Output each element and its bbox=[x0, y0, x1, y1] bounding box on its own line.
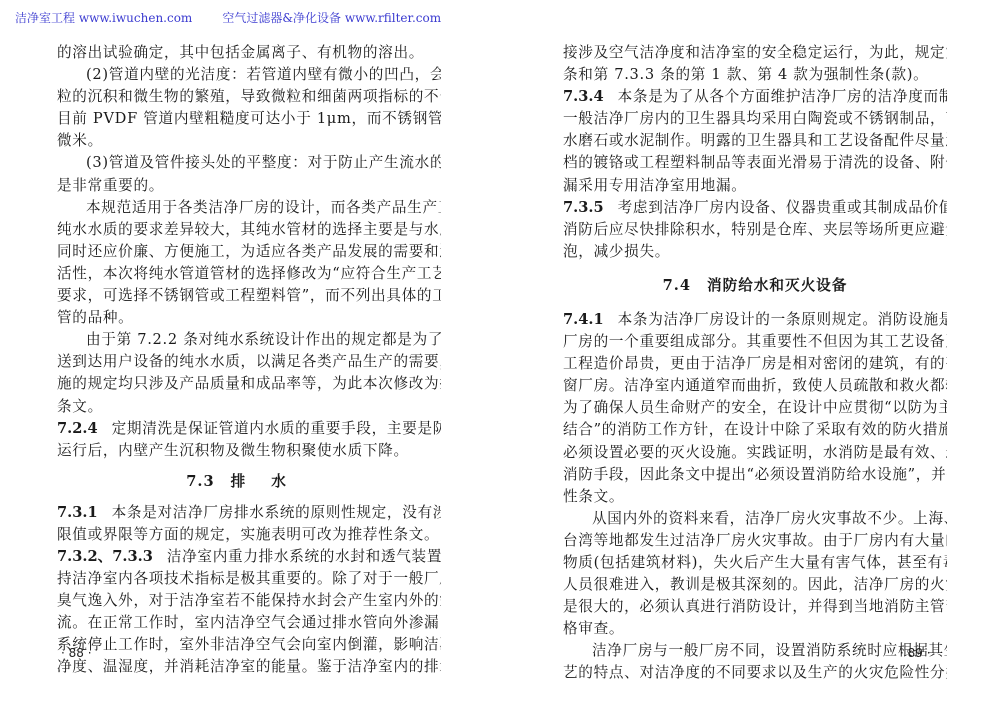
line-text: 洁净厂房与一般厂房不同，设置消防系统时应根据其生产工 bbox=[592, 642, 947, 659]
line-text: 从国内外的资料来看，洁净厂房火灾事故不少。上海、沈阳及 bbox=[592, 510, 947, 527]
line-text: 是很大的，必须认真进行消防设计，并得到当地消防主管部门的严 bbox=[563, 598, 947, 615]
text-line: 接涉及空气洁净度和洁净室的安全稳定运行，为此，规定第 7.3.2 bbox=[563, 42, 947, 64]
line-text: 本规范适用于各类洁净厂房的设计，而各类产品生产工艺对 bbox=[86, 199, 441, 216]
line-text: 要求，可选择不锈钢管或工程塑料管”，而不列出具体的工程塑料 bbox=[57, 287, 441, 304]
text-line: 人员很难进入，教训是极其深刻的。因此，洁净厂房的火灾危险性 bbox=[563, 574, 947, 596]
section-number: 7.3 bbox=[186, 473, 214, 490]
site1-name: 洁净室工程 bbox=[15, 11, 75, 25]
text-line: 送到达用户设备的纯水水质，以满足各类产品生产的需要，这些措 bbox=[57, 351, 441, 373]
right-page-body-2: 7.4.1本条为洁净厂房设计的一条原则规定。消防设施是洁净厂房的一个重要组成部分… bbox=[563, 309, 947, 685]
text-line: 为了确保人员生命财产的安全，在设计中应贯彻“以防为主，防消 bbox=[563, 397, 947, 419]
text-line: 本规范适用于各类洁净厂房的设计，而各类产品生产工艺对 bbox=[57, 197, 441, 219]
line-text: 本条是为了从各个方面维护洁净厂房的洁净度而制订的。 bbox=[618, 88, 947, 105]
text-line: 管的品种。 bbox=[57, 307, 441, 329]
line-text: 运行后，内壁产生沉积物及微生物积聚使水质下降。 bbox=[57, 442, 409, 459]
line-text: 送到达用户设备的纯水水质，以满足各类产品生产的需要，这些措 bbox=[57, 353, 441, 370]
text-line: (2)管道内壁的光洁度：若管道内壁有微小的凹凸，会造成微 bbox=[57, 64, 441, 86]
line-text: 施的规定均只涉及产品质量和成品率等，为此本次修改为推荐性 bbox=[57, 375, 441, 392]
line-text: 纯水水质的要求差异较大，其纯水管材的选择主要是与水质相关， bbox=[57, 221, 441, 238]
right-page: 接涉及空气洁净度和洁净室的安全稳定运行，为此，规定第 7.3.2条和第 7.3.… bbox=[563, 42, 947, 685]
text-line: 微米。 bbox=[57, 130, 441, 152]
section-heading-7-3: 7.3排水 bbox=[57, 462, 441, 502]
text-line: 运行后，内壁产生沉积物及微生物积聚使水质下降。 bbox=[57, 440, 441, 462]
line-text: 定期清洗是保证管道内水质的重要手段，主要是防止长期 bbox=[112, 420, 441, 437]
line-text: 台湾等地都发生过洁净厂房火灾事故。由于厂房内有大量的化学 bbox=[563, 532, 947, 549]
text-line: 台湾等地都发生过洁净厂房火灾事故。由于厂房内有大量的化学 bbox=[563, 530, 947, 552]
text-line: 是非常重要的。 bbox=[57, 175, 441, 197]
text-line: 系统停止工作时，室外非洁净空气会向室内倒灌，影响洁净室的洁 bbox=[57, 634, 441, 656]
text-line: 漏采用专用洁净室用地漏。 bbox=[563, 175, 947, 197]
line-text: 流。在正常工作时，室内洁净空气会通过排水管向外渗漏；当通风 bbox=[57, 614, 441, 631]
text-line: 洁净厂房与一般厂房不同，设置消防系统时应根据其生产工 bbox=[563, 640, 947, 662]
line-text: 漏采用专用洁净室用地漏。 bbox=[563, 177, 747, 194]
clause-line: 7.2.4定期清洗是保证管道内水质的重要手段，主要是防止长期 bbox=[57, 418, 441, 440]
line-text: 活性，本次将纯水管道管材的选择修改为“应符合生产工艺对水质 bbox=[57, 265, 441, 282]
clause-number: 7.2.4 bbox=[57, 420, 98, 437]
line-text: 物质(包括建筑材料)，失火后产生大量有害气体，甚至有毒气体， bbox=[563, 554, 947, 571]
line-text: 管的品种。 bbox=[57, 309, 133, 326]
section-heading-7-4: 7.4消防给水和灭火设备 bbox=[563, 263, 947, 309]
text-line: 净度、温湿度，并消耗洁净室的能量。鉴于洁净室内的排水设施直 bbox=[57, 656, 441, 678]
clause-line: 7.4.1本条为洁净厂房设计的一条原则规定。消防设施是洁净 bbox=[563, 309, 947, 331]
line-text: 是非常重要的。 bbox=[57, 177, 164, 194]
line-text: 粒的沉积和微生物的繁殖，导致微粒和细菌两项指标的不合格。 bbox=[57, 88, 441, 105]
section-title: 排水 bbox=[231, 473, 312, 490]
text-line: 是很大的，必须认真进行消防设计，并得到当地消防主管部门的严 bbox=[563, 596, 947, 618]
line-text: 一般洁净厂房内的卫生器具均采用白陶瓷或不锈钢制品，而不用 bbox=[563, 110, 947, 127]
line-text: 格审查。 bbox=[563, 620, 624, 637]
watermark-header: 洁净室工程 www.iwuchen.com空气过滤器&净化设备 www.rfil… bbox=[15, 9, 441, 26]
line-text: 系统停止工作时，室外非洁净空气会向室内倒灌，影响洁净室的洁 bbox=[57, 636, 441, 653]
line-text: 洁净室内重力排水系统的水封和透气装置对于维 bbox=[167, 548, 441, 565]
line-text: 窗厂房。洁净室内通道窄而曲折，致使人员疏散和救火都较困难。 bbox=[563, 377, 947, 394]
line-text: 限值或界限等方面的规定，实施表明可改为推荐性条文。 bbox=[57, 526, 439, 543]
page-number-left: · 88 · bbox=[61, 646, 92, 660]
text-line: 臭气逸入外，对于洁净室若不能保持水封会产生室内外的空气对 bbox=[57, 590, 441, 612]
line-text: 持洁净室内各项技术指标是极其重要的。除了对于一般厂房防止 bbox=[57, 570, 441, 587]
line-text: 净度、温湿度，并消耗洁净室的能量。鉴于洁净室内的排水设施直 bbox=[57, 658, 441, 675]
clause-number: 7.4.1 bbox=[563, 311, 604, 328]
left-page-body-2: 7.3.1本条是对洁净厂房排水系统的原则性规定，没有涉及具体限值或界限等方面的规… bbox=[57, 502, 441, 679]
line-text: 泡，减少损失。 bbox=[563, 243, 670, 260]
clause-number: 7.3.5 bbox=[563, 199, 604, 216]
line-text: 接涉及空气洁净度和洁净室的安全稳定运行，为此，规定第 7.3.2 bbox=[563, 44, 947, 61]
line-text: 微米。 bbox=[57, 132, 103, 149]
line-text: (3)管道及管件接头处的平整度：对于防止产生流水的涡流区 bbox=[86, 154, 441, 171]
clause-number: 7.3.2、7.3.3 bbox=[57, 548, 153, 565]
text-line: 艺的特点、对洁净度的不同要求以及生产的火灾危险性分类、建筑 bbox=[563, 662, 947, 684]
text-line: (3)管道及管件接头处的平整度：对于防止产生流水的涡流区 bbox=[57, 152, 441, 174]
text-line: 物质(包括建筑材料)，失火后产生大量有害气体，甚至有毒气体， bbox=[563, 552, 947, 574]
text-line: 工程造价昂贵，更由于洁净厂房是相对密闭的建筑，有的甚至为无 bbox=[563, 353, 947, 375]
text-line: 条文。 bbox=[57, 396, 441, 418]
text-line: 纯水水质的要求差异较大，其纯水管材的选择主要是与水质相关， bbox=[57, 219, 441, 241]
line-text: 目前 PVDF 管道内壁粗糙度可达小于 1μm，而不锈钢管约为几十 bbox=[57, 110, 441, 127]
line-text: 本条是对洁净厂房排水系统的原则性规定，没有涉及具体 bbox=[112, 504, 441, 521]
site2-url[interactable]: www.rfilter.com bbox=[345, 11, 441, 25]
line-text: 必须设置必要的灭火设施。实践证明，水消防是最有效、最经济的 bbox=[563, 444, 947, 461]
text-line: 从国内外的资料来看，洁净厂房火灾事故不少。上海、沈阳及 bbox=[563, 508, 947, 530]
clause-line: 7.3.5考虑到洁净厂房内设备、仪器贵重或其制成品价值昂贵， bbox=[563, 197, 947, 219]
line-text: 艺的特点、对洁净度的不同要求以及生产的火灾危险性分类、建筑 bbox=[563, 664, 947, 681]
site2-name: 空气过滤器&净化设备 bbox=[222, 11, 341, 25]
clause-number: 7.3.1 bbox=[57, 504, 98, 521]
line-text: 由于第 7.2.2 条对纯水系统设计作出的规定都是为了确保输 bbox=[86, 331, 441, 348]
clause-line: 7.3.4本条是为了从各个方面维护洁净厂房的洁净度而制订的。 bbox=[563, 86, 947, 108]
line-text: 条文。 bbox=[57, 398, 103, 415]
line-text: (2)管道内壁的光洁度：若管道内壁有微小的凹凸，会造成微 bbox=[86, 66, 441, 83]
text-line: 流。在正常工作时，室内洁净空气会通过排水管向外渗漏；当通风 bbox=[57, 612, 441, 634]
line-text: 档的镀铬或工程塑料制品等表面光滑易于清洗的设备、附件。地 bbox=[563, 154, 947, 171]
section-number: 7.4 bbox=[663, 277, 691, 294]
line-text: 本条为洁净厂房设计的一条原则规定。消防设施是洁净 bbox=[618, 311, 947, 328]
text-line: 一般洁净厂房内的卫生器具均采用白陶瓷或不锈钢制品，而不用 bbox=[563, 108, 947, 130]
clause-number: 7.3.4 bbox=[563, 88, 604, 105]
line-text: 臭气逸入外，对于洁净室若不能保持水封会产生室内外的空气对 bbox=[57, 592, 441, 609]
text-line: 限值或界限等方面的规定，实施表明可改为推荐性条文。 bbox=[57, 524, 441, 546]
line-text: 水磨石或水泥制作。明露的卫生器具和工艺设备配件尽量选用高 bbox=[563, 132, 947, 149]
line-text: 考虑到洁净厂房内设备、仪器贵重或其制成品价值昂贵， bbox=[618, 199, 947, 216]
text-line: 必须设置必要的灭火设施。实践证明，水消防是最有效、最经济的 bbox=[563, 442, 947, 464]
text-line: 活性，本次将纯水管道管材的选择修改为“应符合生产工艺对水质 bbox=[57, 263, 441, 285]
line-text: 消防手段，因此条文中提出“必须设置消防给水设施”，并作为强制 bbox=[563, 466, 947, 483]
text-line: 条和第 7.3.3 条的第 1 款、第 4 款为强制性条(款)。 bbox=[563, 64, 947, 86]
clause-line: 7.3.1本条是对洁净厂房排水系统的原则性规定，没有涉及具体 bbox=[57, 502, 441, 524]
text-line: 厂房的一个重要组成部分。其重要性不但因为其工艺设备及建筑 bbox=[563, 331, 947, 353]
clause-line: 7.3.2、7.3.3洁净室内重力排水系统的水封和透气装置对于维 bbox=[57, 546, 441, 568]
line-text: 结合”的消防工作方针，在设计中除了采取有效的防火措施外，还 bbox=[563, 421, 947, 438]
line-text: 为了确保人员生命财产的安全，在设计中应贯彻“以防为主，防消 bbox=[563, 399, 947, 416]
line-text: 同时还应价廉、方便施工，为适应各类产品发展的需要和选择的灵 bbox=[57, 243, 441, 260]
line-text: 厂房的一个重要组成部分。其重要性不但因为其工艺设备及建筑 bbox=[563, 333, 947, 350]
text-line: 结合”的消防工作方针，在设计中除了采取有效的防火措施外，还 bbox=[563, 419, 947, 441]
text-line: 要求，可选择不锈钢管或工程塑料管”，而不列出具体的工程塑料 bbox=[57, 285, 441, 307]
page-number-right: · 89 · bbox=[900, 646, 931, 660]
text-line: 同时还应价廉、方便施工，为适应各类产品发展的需要和选择的灵 bbox=[57, 241, 441, 263]
text-line: 持洁净室内各项技术指标是极其重要的。除了对于一般厂房防止 bbox=[57, 568, 441, 590]
text-line: 由于第 7.2.2 条对纯水系统设计作出的规定都是为了确保输 bbox=[57, 329, 441, 351]
left-page-body-1: 的溶出试验确定，其中包括金属离子、有机物的溶出。(2)管道内壁的光洁度：若管道内… bbox=[57, 42, 441, 462]
text-line: 消防手段，因此条文中提出“必须设置消防给水设施”，并作为强制 bbox=[563, 464, 947, 486]
line-text: 性条文。 bbox=[563, 488, 624, 505]
text-line: 消防后应尽快排除积水，特别是仓库、夹层等场所更应避免积水浸 bbox=[563, 219, 947, 241]
site1-url[interactable]: www.iwuchen.com bbox=[79, 11, 192, 25]
line-text: 条和第 7.3.3 条的第 1 款、第 4 款为强制性条(款)。 bbox=[563, 66, 928, 83]
text-line: 格审查。 bbox=[563, 618, 947, 640]
text-line: 档的镀铬或工程塑料制品等表面光滑易于清洗的设备、附件。地 bbox=[563, 152, 947, 174]
text-line: 窗厂房。洁净室内通道窄而曲折，致使人员疏散和救火都较困难。 bbox=[563, 375, 947, 397]
text-line: 施的规定均只涉及产品质量和成品率等，为此本次修改为推荐性 bbox=[57, 373, 441, 395]
right-page-body-1: 接涉及空气洁净度和洁净室的安全稳定运行，为此，规定第 7.3.2条和第 7.3.… bbox=[563, 42, 947, 263]
text-line: 的溶出试验确定，其中包括金属离子、有机物的溶出。 bbox=[57, 42, 441, 64]
text-line: 目前 PVDF 管道内壁粗糙度可达小于 1μm，而不锈钢管约为几十 bbox=[57, 108, 441, 130]
line-text: 工程造价昂贵，更由于洁净厂房是相对密闭的建筑，有的甚至为无 bbox=[563, 355, 947, 372]
text-line: 泡，减少损失。 bbox=[563, 241, 947, 263]
left-page: 的溶出试验确定，其中包括金属离子、有机物的溶出。(2)管道内壁的光洁度：若管道内… bbox=[57, 42, 441, 679]
section-title: 消防给水和灭火设备 bbox=[707, 277, 847, 294]
text-line: 粒的沉积和微生物的繁殖，导致微粒和细菌两项指标的不合格。 bbox=[57, 86, 441, 108]
text-line: 水磨石或水泥制作。明露的卫生器具和工艺设备配件尽量选用高 bbox=[563, 130, 947, 152]
line-text: 消防后应尽快排除积水，特别是仓库、夹层等场所更应避免积水浸 bbox=[563, 221, 947, 238]
line-text: 的溶出试验确定，其中包括金属离子、有机物的溶出。 bbox=[57, 44, 424, 61]
text-line: 性条文。 bbox=[563, 486, 947, 508]
line-text: 人员很难进入，教训是极其深刻的。因此，洁净厂房的火灾危险性 bbox=[563, 576, 947, 593]
